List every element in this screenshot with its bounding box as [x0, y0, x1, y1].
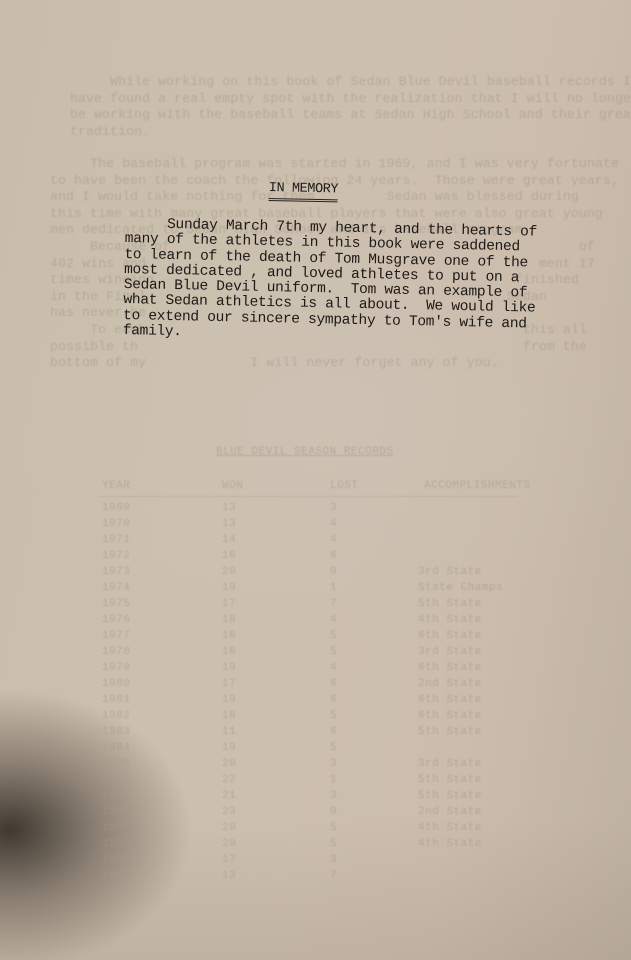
- cell-year: 1991: [102, 854, 130, 866]
- cell-year: 1989: [102, 822, 130, 834]
- cell-lost: 4: [330, 534, 337, 546]
- cell-lost: 3: [330, 758, 337, 770]
- cell-year: 1973: [102, 566, 130, 578]
- cell-won: 17: [222, 678, 236, 690]
- cell-year: 1974: [102, 582, 130, 594]
- cell-lost: 5: [330, 822, 337, 834]
- cell-lost: 5: [330, 630, 337, 642]
- cell-won: 23: [222, 806, 236, 818]
- cell-won: 11: [222, 726, 236, 738]
- cell-won: 19: [222, 582, 236, 594]
- cell-accomplishment: 5th State: [418, 726, 482, 738]
- cell-lost: 4: [330, 662, 337, 674]
- cell-lost: 0: [330, 566, 337, 578]
- cell-accomplishment: 2nd State: [418, 806, 482, 818]
- table-row: 19732003rd State: [98, 566, 528, 582]
- table-row: 19821856th State: [98, 710, 528, 726]
- cell-accomplishment: 6th State: [418, 662, 482, 674]
- cell-year: 1978: [102, 646, 130, 658]
- table-row: 19882302nd State: [98, 806, 528, 822]
- cell-year: 1985: [102, 758, 130, 770]
- table-row: 19892054th State: [98, 822, 528, 838]
- table-row: 19751775th State: [98, 598, 528, 614]
- header-accomplishments: ACCOMPLISHMENTS: [424, 480, 531, 492]
- cell-accomplishment: 4th State: [418, 838, 482, 850]
- cell-won: 20: [222, 566, 236, 578]
- cell-year: 1980: [102, 678, 130, 690]
- bleed-through-line: be working with the baseball teams at Se…: [70, 107, 631, 124]
- table-row: 19761844th State: [98, 614, 528, 630]
- table-row: 19852033rd State: [98, 758, 528, 774]
- cell-year: 1982: [102, 710, 130, 722]
- table-row: 1970134: [98, 518, 528, 534]
- cell-accomplishment: 4th State: [418, 614, 482, 626]
- cell-accomplishment: 3rd State: [418, 566, 482, 578]
- bleed-through-line: tradition.: [70, 124, 631, 141]
- cell-accomplishment: 2nd State: [418, 678, 482, 690]
- cell-lost: 6: [330, 694, 337, 706]
- cell-accomplishment: 3rd State: [418, 646, 482, 658]
- cell-lost: 7: [330, 870, 337, 882]
- cell-lost: 3: [330, 790, 337, 802]
- cell-lost: 0: [330, 806, 337, 818]
- cell-lost: 6: [330, 726, 337, 738]
- bleed-through-line: The baseball program was started in 1969…: [50, 156, 619, 173]
- cell-won: 18: [222, 710, 236, 722]
- header-year: YEAR: [102, 480, 130, 492]
- cell-year: 1987: [102, 790, 130, 802]
- bleed-through-line: bottom of my I will never forget any of …: [50, 355, 619, 372]
- table-row: 1984195: [98, 742, 528, 758]
- cell-accomplishment: 5th State: [418, 774, 482, 786]
- cell-won: 20: [222, 822, 236, 834]
- cell-lost: 3: [330, 502, 337, 514]
- cell-won: 16: [222, 550, 236, 562]
- cell-won: 21: [222, 790, 236, 802]
- cell-year: 1984: [102, 742, 130, 754]
- in-memory-title: IN MEMORY: [269, 181, 339, 202]
- cell-year: 1969: [102, 502, 130, 514]
- cell-accomplishment: 6th State: [418, 710, 482, 722]
- cell-won: 13: [222, 518, 236, 530]
- cell-lost: 4: [330, 518, 337, 530]
- cell-year: 1981: [102, 694, 130, 706]
- table-row: 1991173: [98, 854, 528, 870]
- cell-accomplishment: State Champs: [418, 582, 503, 594]
- cell-lost: 5: [330, 646, 337, 658]
- cell-year: 1972: [102, 550, 130, 562]
- cell-year: 1983: [102, 726, 130, 738]
- cell-year: 1988: [102, 806, 130, 818]
- cell-accomplishment: 6th State: [418, 630, 482, 642]
- header-won: WON: [222, 480, 243, 492]
- cell-year: 1970: [102, 518, 130, 530]
- cell-won: 13: [222, 870, 236, 882]
- cell-won: 22: [222, 774, 236, 786]
- table-row: 1992137: [98, 870, 528, 886]
- cell-accomplishment: 5th State: [418, 598, 482, 610]
- table-row: 19801762nd State: [98, 678, 528, 694]
- cell-year: 1986: [102, 774, 130, 786]
- cell-won: 16: [222, 630, 236, 642]
- records-table-header: YEAR WON LOST ACCOMPLISHMENTS: [98, 480, 518, 497]
- cell-year: 1990: [102, 838, 130, 850]
- memorial-paragraph: Sunday March 7th my heart, and the heart…: [123, 217, 525, 348]
- table-row: 19791946th State: [98, 662, 528, 678]
- in-memory-section: IN MEMORY Sunday March 7th my heart, and…: [123, 178, 526, 348]
- records-table-body: 196913319701341971144197216619732003rd S…: [98, 502, 528, 886]
- cell-lost: 1: [330, 582, 337, 594]
- table-row: 1972166: [98, 550, 528, 566]
- cell-lost: 5: [330, 710, 337, 722]
- table-row: 19862215th State: [98, 774, 528, 790]
- cell-won: 19: [222, 742, 236, 754]
- cell-accomplishment: 3rd State: [418, 758, 482, 770]
- cell-lost: 1: [330, 774, 337, 786]
- table-row: 19811966th State: [98, 694, 528, 710]
- cell-lost: 5: [330, 838, 337, 850]
- cell-lost: 7: [330, 598, 337, 610]
- cell-lost: 5: [330, 742, 337, 754]
- cell-won: 20: [222, 758, 236, 770]
- cell-accomplishment: 5th State: [418, 790, 482, 802]
- table-row: 19872135th State: [98, 790, 528, 806]
- table-row: 1969133: [98, 502, 528, 518]
- cell-accomplishment: 4th State: [418, 822, 482, 834]
- cell-lost: 6: [330, 678, 337, 690]
- cell-lost: 3: [330, 854, 337, 866]
- cell-lost: 4: [330, 614, 337, 626]
- cell-won: 19: [222, 662, 236, 674]
- table-row: 1971144: [98, 534, 528, 550]
- bleed-through-line: have found a real empty spot with the re…: [70, 91, 631, 108]
- cell-won: 16: [222, 646, 236, 658]
- cell-year: 1979: [102, 662, 130, 674]
- cell-won: 14: [222, 534, 236, 546]
- cell-won: 17: [222, 598, 236, 610]
- cell-year: 1992: [102, 870, 130, 882]
- table-row: 19902054th State: [98, 838, 528, 854]
- cell-year: 1977: [102, 630, 130, 642]
- bleed-through-paragraph-1: While working on this book of Sedan Blue…: [70, 74, 631, 140]
- cell-won: 20: [222, 838, 236, 850]
- cell-won: 18: [222, 614, 236, 626]
- document-page: While working on this book of Sedan Blue…: [0, 0, 631, 960]
- cell-lost: 6: [330, 550, 337, 562]
- table-row: 19771656th State: [98, 630, 528, 646]
- cell-year: 1975: [102, 598, 130, 610]
- cell-year: 1971: [102, 534, 130, 546]
- bleed-through-line: While working on this book of Sedan Blue…: [70, 74, 631, 91]
- cell-year: 1976: [102, 614, 130, 626]
- cell-won: 19: [222, 694, 236, 706]
- cell-accomplishment: 6th State: [418, 694, 482, 706]
- table-row: 19781653rd State: [98, 646, 528, 662]
- header-lost: LOST: [330, 480, 358, 492]
- records-table-title: BLUE DEVIL SEASON RECORDS: [216, 446, 394, 458]
- cell-won: 13: [222, 502, 236, 514]
- table-row: 1974191State Champs: [98, 582, 528, 598]
- table-row: 19831165th State: [98, 726, 528, 742]
- cell-won: 17: [222, 854, 236, 866]
